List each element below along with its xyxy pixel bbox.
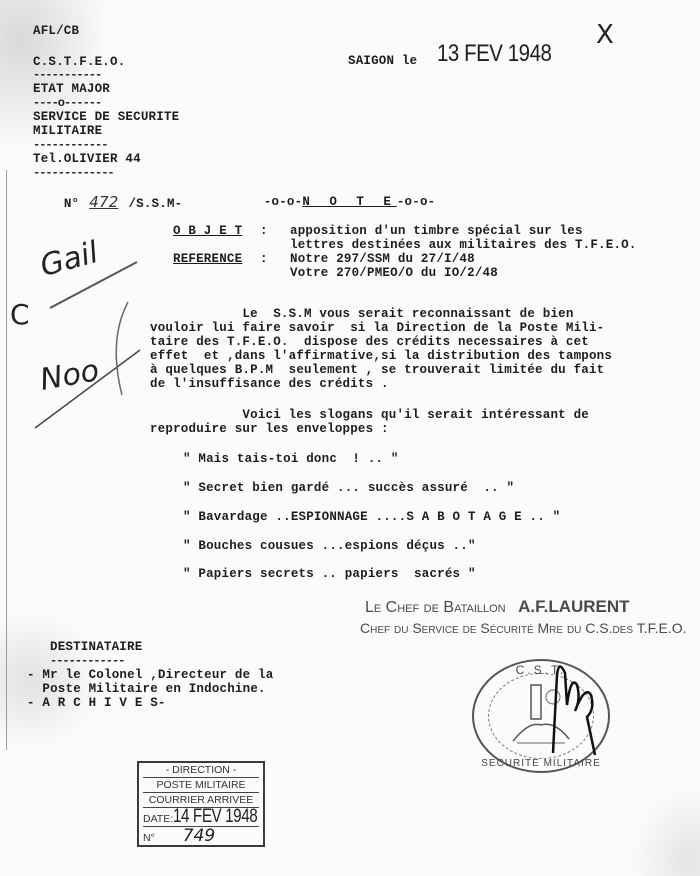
reference-line-2: Votre 270/PMEO/O du IO/2/48 (290, 266, 498, 281)
place: SAIGON le (348, 54, 417, 69)
stamp-line-direction: - DIRECTION - (143, 763, 259, 778)
reference-line-1: Notre 297/SSM du 27/I/48 (290, 252, 475, 267)
body-line: taire des T.F.E.O. dispose des crédits n… (150, 335, 589, 350)
stamp-line-poste: POSTE MILITAIRE (143, 778, 259, 793)
signature-stamp-line-1: Le Chef de Bataillon A.F.LAURENT (365, 597, 630, 617)
body-line: vouloir lui faire savoir si la Direction… (150, 321, 604, 336)
recipients-label: DESTINATAIRE (50, 640, 142, 655)
title-text: N O T E (302, 195, 397, 209)
colon: : (260, 252, 268, 267)
body-line: effet et ,dans l'affirmative,si la distr… (150, 349, 612, 364)
divider: ----o------ (33, 96, 101, 110)
slogan: " Secret bien gardé ... succès assuré ..… (183, 481, 514, 496)
reference-code: AFL/CB (33, 24, 79, 39)
slogan: " Papiers secrets .. papiers sacrés " (183, 567, 476, 582)
margin-pen-strokes (0, 220, 160, 440)
phone: Tel.OLIVIER 44 (33, 152, 141, 167)
stamp-number-row: N°749 (143, 827, 259, 845)
service-line-2: MILITAIRE (33, 124, 102, 139)
stamp-date-row: DATE:14 FEV 1948 (143, 808, 259, 827)
stamp-number-label: N° (143, 832, 155, 844)
slogan: " Bavardage ..ESPIONNAGE ....S A B O T A… (183, 510, 560, 525)
number-suffix: /S.S.M- (128, 197, 182, 211)
divider: ----------- (33, 68, 101, 82)
recipient-item: Poste Militaire en Indochine. (27, 682, 266, 697)
recipient-item: - A R C H I V E S- (27, 696, 166, 711)
department: ETAT MAJOR (33, 82, 110, 97)
body-line: reproduire sur les enveloppes : (150, 422, 389, 437)
signatory-name: A.F.LAURENT (518, 597, 629, 616)
document-page: AFL/CB C.S.T.F.E.O. ----------- ETAT MAJ… (0, 0, 700, 876)
signatory-rank: Le Chef de Bataillon (365, 599, 506, 616)
date-stamp: 13 FEV 1948 (437, 46, 551, 61)
divider: ------------ (33, 138, 107, 152)
slogan: " Bouches cousues ...espions déçus .." (183, 539, 476, 554)
stamp-date-label: DATE: (143, 813, 173, 825)
object-label: O B J E T (173, 224, 242, 239)
note-title: -o-o-N O T E-o-o- (233, 180, 435, 225)
service-line-1: SERVICE DE SECURITE (33, 110, 179, 125)
slogan: " Mais tais-toi donc ! .. " (183, 452, 399, 467)
body-line: de l'insuffisance des crédits . (150, 377, 389, 392)
divider: ------------- (33, 166, 114, 180)
handwritten-number: 472 (79, 193, 128, 211)
signature-stamp-line-2: Chef du Service de Sécurité Mre du C.S.d… (360, 620, 687, 636)
body-line: Le S.S.M vous serait reconnaissant de bi… (150, 307, 574, 322)
stamp-date-value: 14 FEV 1948 (173, 808, 257, 826)
object-line-2: lettres destinées aux militaires des T.F… (290, 238, 637, 253)
body-line: à quelques B.P.M seulement , se trouvera… (150, 363, 604, 378)
corner-mark: X (596, 20, 614, 50)
object-line-1: apposition d'un timbre spécial sur les (290, 224, 583, 239)
colon: : (260, 224, 268, 239)
ornament-right: -o-o- (397, 195, 436, 209)
divider: ------------ (50, 654, 124, 668)
stamp-number-value: 749 (183, 826, 215, 846)
received-stamp: - DIRECTION - POSTE MILITAIRE COURRIER A… (137, 761, 265, 847)
ornament-left: -o-o- (264, 195, 303, 209)
number-prefix: N° (64, 197, 79, 211)
handwritten-signature (545, 655, 605, 765)
recipient-item: - Mr le Colonel ,Directeur de la (27, 668, 273, 683)
reference-label: REFERENCE (173, 252, 242, 267)
body-line: Voici les slogans qu'il serait intéressa… (150, 408, 589, 423)
